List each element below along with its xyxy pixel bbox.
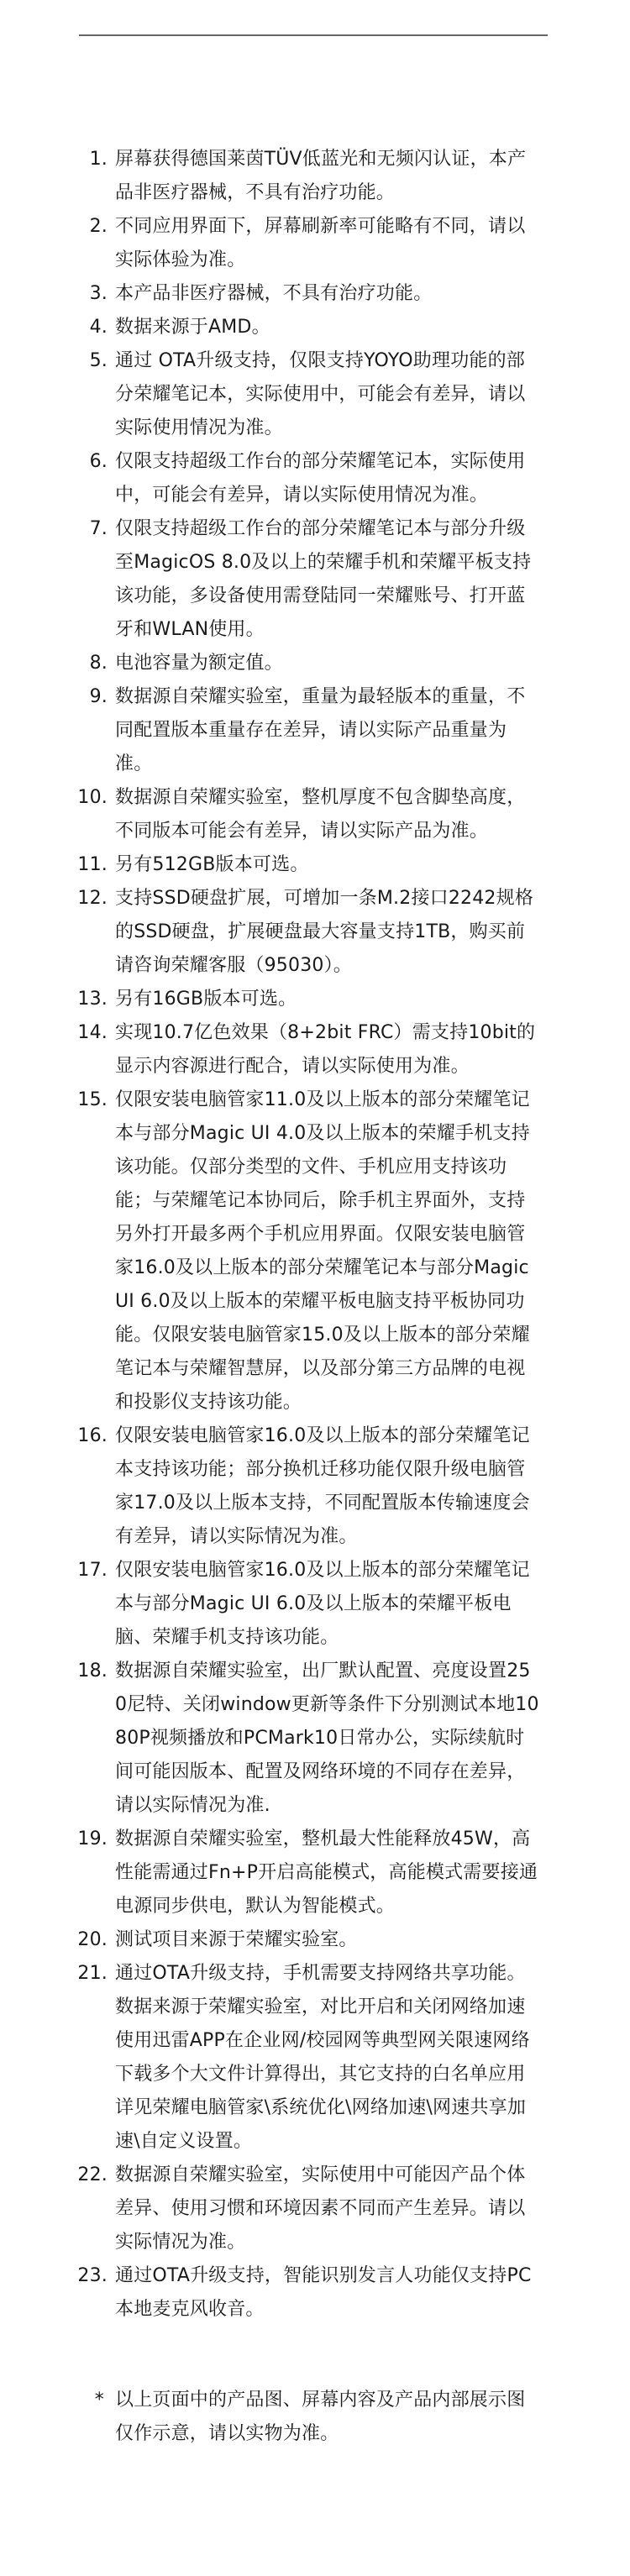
item-number: 6. (0, 445, 108, 479)
list-item: 16.仅限安装电脑管家16.0及以上版本的部分荣耀笔记本支持该功能；部分换机迁移… (0, 1419, 540, 1554)
list-item: 17.仅限安装电脑管家16.0及以上版本的部分荣耀笔记本与部分Magic UI … (0, 1554, 540, 1655)
list-item: 21.通过OTA升级支持，手机需要支持网络共享功能。数据来源于荣耀实验室，对比开… (0, 1957, 540, 2159)
item-number: 3. (0, 277, 108, 311)
list-item: 10.数据源自荣耀实验室，整机厚度不包含脚垫高度，不同版本可能会有差异，请以实际… (0, 781, 540, 848)
list-item: 8.电池容量为额定值。 (0, 647, 540, 680)
item-number: 21. (0, 1957, 108, 1991)
item-number: 8. (0, 647, 108, 680)
item-text: 数据源自荣耀实验室，整机最大性能释放45W，高性能需通过Fn+P开启高能模式，高… (115, 1823, 540, 1923)
list-item: 20.测试项目来源于荣耀实验室。 (0, 1923, 540, 1957)
item-number: 16. (0, 1419, 108, 1453)
item-text: 数据源自荣耀实验室，出厂默认配置、亮度设置250尼特、关闭window更新等条件… (115, 1655, 540, 1823)
item-number: 1. (0, 143, 108, 176)
item-number: 13. (0, 983, 108, 1016)
item-text: 仅限安装电脑管家16.0及以上版本的部分荣耀笔记本支持该功能；部分换机迁移功能仅… (115, 1419, 540, 1554)
item-number: 4. (0, 311, 108, 344)
item-number: 2. (0, 210, 108, 244)
item-text: 仅限安装电脑管家11.0及以上版本的部分荣耀笔记本与部分Magic UI 4.0… (115, 1083, 540, 1419)
item-text: 数据源自荣耀实验室，实际使用中可能因产品个体差异、使用习惯和环境因素不同而产生差… (115, 2159, 540, 2259)
list-item: 1.屏幕获得德国莱茵TÜV低蓝光和无频闪认证，本产品非医疗器械，不具有治疗功能。 (0, 143, 540, 210)
item-number: 15. (0, 1083, 108, 1117)
list-item: 13.另有16GB版本可选。 (0, 983, 540, 1016)
item-text: 数据源自荣耀实验室，重量为最轻版本的重量，不同配置版本重量存在差异，请以实际产品… (115, 680, 540, 781)
item-number: 10. (0, 781, 108, 815)
item-number: 5. (0, 344, 108, 378)
top-divider (79, 34, 548, 36)
item-text: 本产品非医疗器械，不具有治疗功能。 (115, 277, 540, 311)
list-item: 22.数据源自荣耀实验室，实际使用中可能因产品个体差异、使用习惯和环境因素不同而… (0, 2159, 540, 2259)
item-text: 屏幕获得德国莱茵TÜV低蓝光和无频闪认证，本产品非医疗器械，不具有治疗功能。 (115, 143, 540, 210)
item-number: 7. (0, 512, 108, 546)
footnote: * 以上页面中的产品图、屏幕内容及产品内部展示图仅作示意，请以实物为准。 (0, 2384, 630, 2451)
item-text: 支持SSD硬盘扩展，可增加一条M.2接口2242规格的SSD硬盘，扩展硬盘最大容… (115, 882, 540, 983)
item-number: 11. (0, 848, 108, 882)
list-item: 3.本产品非医疗器械，不具有治疗功能。 (0, 277, 540, 311)
item-text: 仅限安装电脑管家16.0及以上版本的部分荣耀笔记本与部分Magic UI 6.0… (115, 1554, 540, 1655)
item-text: 另有512GB版本可选。 (115, 848, 540, 882)
footnote-item: * 以上页面中的产品图、屏幕内容及产品内部展示图仅作示意，请以实物为准。 (0, 2384, 540, 2451)
item-text: 通过OTA升级支持，智能识别发言人功能仅支持PC本地麦克风收音。 (115, 2259, 540, 2327)
item-number: 20. (0, 1923, 108, 1957)
list-item: 11.另有512GB版本可选。 (0, 848, 540, 882)
item-text: 通过 OTA升级支持，仅限支持YOYO助理功能的部分荣耀笔记本，实际使用中，可能… (115, 344, 540, 445)
list-item: 18.数据源自荣耀实验室，出厂默认配置、亮度设置250尼特、关闭window更新… (0, 1655, 540, 1823)
item-number: 18. (0, 1655, 108, 1688)
list-item: 7.仅限支持超级工作台的部分荣耀笔记本与部分升级至MagicOS 8.0及以上的… (0, 512, 540, 647)
list-item: 15.仅限安装电脑管家11.0及以上版本的部分荣耀笔记本与部分Magic UI … (0, 1083, 540, 1419)
item-number: 19. (0, 1823, 108, 1856)
item-text: 测试项目来源于荣耀实验室。 (115, 1923, 540, 1957)
disclaimer-list: 1.屏幕获得德国莱茵TÜV低蓝光和无频闪认证，本产品非医疗器械，不具有治疗功能。… (0, 143, 630, 2327)
list-item: 6.仅限支持超级工作台的部分荣耀笔记本，实际使用中，可能会有差异，请以实际使用情… (0, 445, 540, 512)
list-item: 4.数据来源于AMD。 (0, 311, 540, 344)
item-number: 17. (0, 1554, 108, 1587)
item-number: 22. (0, 2159, 108, 2192)
item-number: 14. (0, 1016, 108, 1050)
list-item: 5.通过 OTA升级支持，仅限支持YOYO助理功能的部分荣耀笔记本，实际使用中，… (0, 344, 540, 445)
footnote-text: 以上页面中的产品图、屏幕内容及产品内部展示图仅作示意，请以实物为准。 (115, 2384, 540, 2451)
item-text: 仅限支持超级工作台的部分荣耀笔记本，实际使用中，可能会有差异，请以实际使用情况为… (115, 445, 540, 512)
list-item: 2.不同应用界面下，屏幕刷新率可能略有不同，请以实际体验为准。 (0, 210, 540, 277)
list-item: 23.通过OTA升级支持，智能识别发言人功能仅支持PC本地麦克风收音。 (0, 2259, 540, 2327)
item-text: 通过OTA升级支持，手机需要支持网络共享功能。数据来源于荣耀实验室，对比开启和关… (115, 1957, 540, 2159)
item-text: 电池容量为额定值。 (115, 647, 540, 680)
list-item: 9.数据源自荣耀实验室，重量为最轻版本的重量，不同配置版本重量存在差异，请以实际… (0, 680, 540, 781)
item-text: 实现10.7亿色效果（8+2bit FRC）需支持10bit的显示内容源进行配合… (115, 1016, 540, 1083)
item-number: 9. (0, 680, 108, 714)
item-text: 不同应用界面下，屏幕刷新率可能略有不同，请以实际体验为准。 (115, 210, 540, 277)
list-item: 12.支持SSD硬盘扩展，可增加一条M.2接口2242规格的SSD硬盘，扩展硬盘… (0, 882, 540, 983)
item-text: 数据来源于AMD。 (115, 311, 540, 344)
item-text: 仅限支持超级工作台的部分荣耀笔记本与部分升级至MagicOS 8.0及以上的荣耀… (115, 512, 540, 647)
item-number: 12. (0, 882, 108, 916)
item-text: 数据源自荣耀实验室，整机厚度不包含脚垫高度，不同版本可能会有差异，请以实际产品为… (115, 781, 540, 848)
item-number: 23. (0, 2259, 108, 2293)
item-text: 另有16GB版本可选。 (115, 983, 540, 1016)
list-item: 14.实现10.7亿色效果（8+2bit FRC）需支持10bit的显示内容源进… (0, 1016, 540, 1083)
list-item: 19.数据源自荣耀实验室，整机最大性能释放45W，高性能需通过Fn+P开启高能模… (0, 1823, 540, 1923)
asterisk-marker: * (0, 2384, 104, 2417)
